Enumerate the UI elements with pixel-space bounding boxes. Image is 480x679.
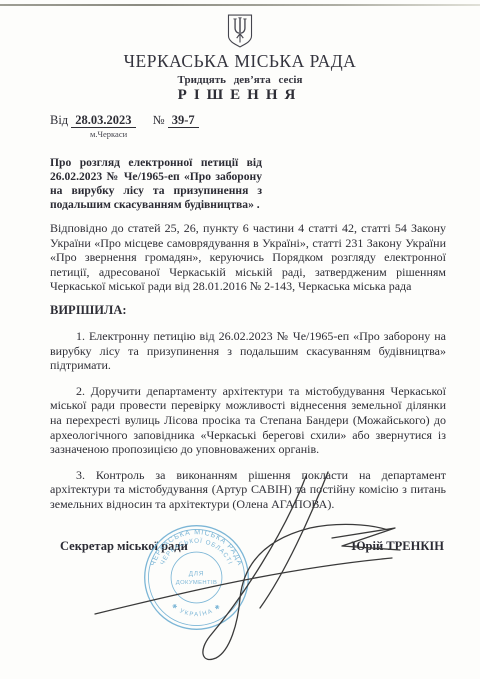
document-header: ЧЕРКАСЬКА МІСЬКА РАДА Тридцять дев’ята с… bbox=[0, 0, 480, 104]
decision-item-2: 2. Доручити департаменту архітектури та … bbox=[50, 384, 446, 457]
date-number-line: Від 28.03.2023 № 39-7 bbox=[50, 113, 480, 128]
decision-item-1: 1. Електронну петицію від 26.02.2023 № Ч… bbox=[50, 329, 446, 373]
org-name: ЧЕРКАСЬКА МІСЬКА РАДА bbox=[0, 51, 480, 72]
resolved-heading: ВИРІШИЛА: bbox=[50, 303, 480, 318]
handwritten-signature bbox=[70, 468, 410, 668]
scan-edge-artifact bbox=[0, 4, 480, 6]
from-label: Від bbox=[50, 113, 68, 127]
doc-type-title: РІШЕННЯ bbox=[0, 87, 480, 104]
session-title: Тридцять дев’ята сесія bbox=[0, 74, 480, 86]
number-label: № bbox=[153, 113, 165, 127]
date-value: 28.03.2023 bbox=[71, 113, 135, 128]
coat-of-arms-icon bbox=[226, 14, 254, 48]
document-page: ЧЕРКАСЬКА МІСЬКА РАДА Тридцять дев’ята с… bbox=[0, 0, 480, 679]
preamble-paragraph: Відповідно до статей 25, 26, пункту 6 ча… bbox=[50, 221, 446, 294]
number-value: 39-7 bbox=[168, 113, 199, 128]
city-label: м.Черкаси bbox=[90, 129, 480, 139]
subject-paragraph: Про розгляд електронної петиції від 26.0… bbox=[50, 156, 262, 212]
